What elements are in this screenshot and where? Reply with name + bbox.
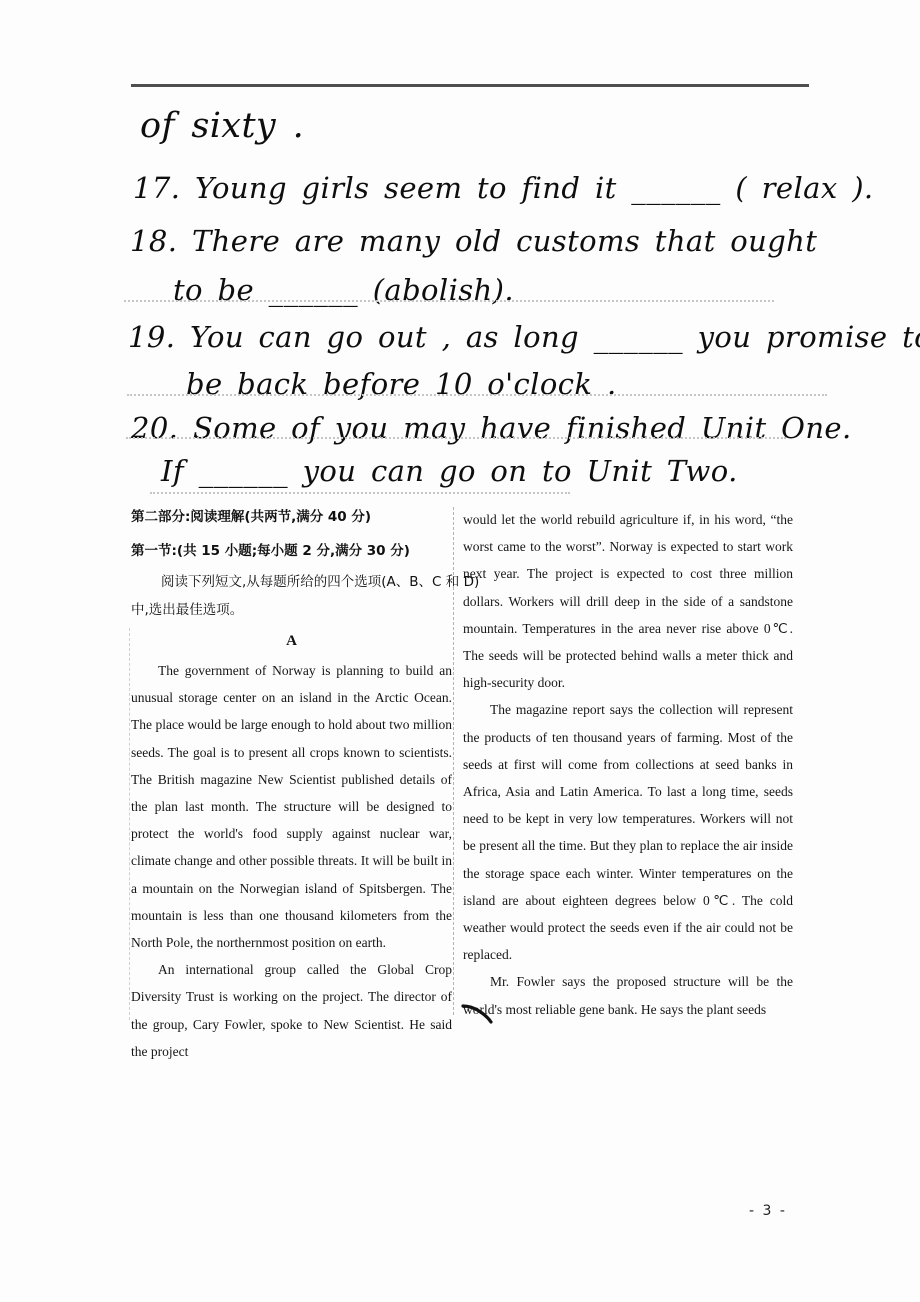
- right-column: would let the world rebuild agriculture …: [463, 506, 793, 1023]
- instructions-line: 中,选出最佳选项。: [131, 596, 452, 624]
- page-top-rule: [131, 84, 809, 87]
- passage-paragraph: would let the world rebuild agriculture …: [463, 506, 793, 696]
- passage-paragraph: The magazine report says the collection …: [463, 696, 793, 968]
- scan-artifact-edge-line: [129, 628, 130, 1020]
- handwritten-answer-line: 18. There are many old customs that ough…: [130, 221, 817, 261]
- dotted-guide-line: [150, 492, 570, 494]
- instructions-line: 阅读下列短文,从每题所给的四个选项(A、B、C 和 D): [131, 568, 452, 596]
- scanned-exam-page: of sixty . 17. Young girls seem to find …: [0, 0, 920, 1302]
- passage-paragraph: Mr. Fowler says the proposed structure w…: [463, 968, 793, 1022]
- part-two-header: 第二部分:阅读理解(共两节,满分 40 分): [131, 500, 452, 534]
- section-one-header: 第一节:(共 15 小题;每小题 2 分,满分 30 分): [131, 534, 452, 568]
- passage-a-label: A: [131, 633, 452, 650]
- handwritten-answer-line: 19. You can go out , as long ______ you …: [128, 317, 920, 357]
- handwritten-answer-line: 20. Some of you may have finished Unit O…: [131, 408, 852, 448]
- handwritten-answer-line: of sixty .: [140, 106, 304, 146]
- handwritten-answer-line: If ______ you can go on to Unit Two.: [161, 451, 738, 491]
- page-number: - 3 -: [749, 1203, 787, 1219]
- passage-paragraph: The government of Norway is planning to …: [131, 657, 452, 956]
- dotted-guide-line: [124, 300, 774, 302]
- handwritten-answer-line: 17. Young girls seem to find it ______ (…: [133, 168, 874, 208]
- dotted-guide-line: [127, 394, 827, 396]
- pen-stroke-mark: [461, 1003, 495, 1025]
- passage-paragraph: An international group called the Global…: [131, 956, 452, 1065]
- handwritten-answer-line: to be ______ (abolish).: [173, 270, 514, 310]
- left-column: 第二部分:阅读理解(共两节,满分 40 分) 第一节:(共 15 小题;每小题 …: [131, 500, 452, 1065]
- handwritten-answer-line: be back before 10 o'clock .: [186, 364, 617, 404]
- dotted-guide-line: [126, 437, 786, 439]
